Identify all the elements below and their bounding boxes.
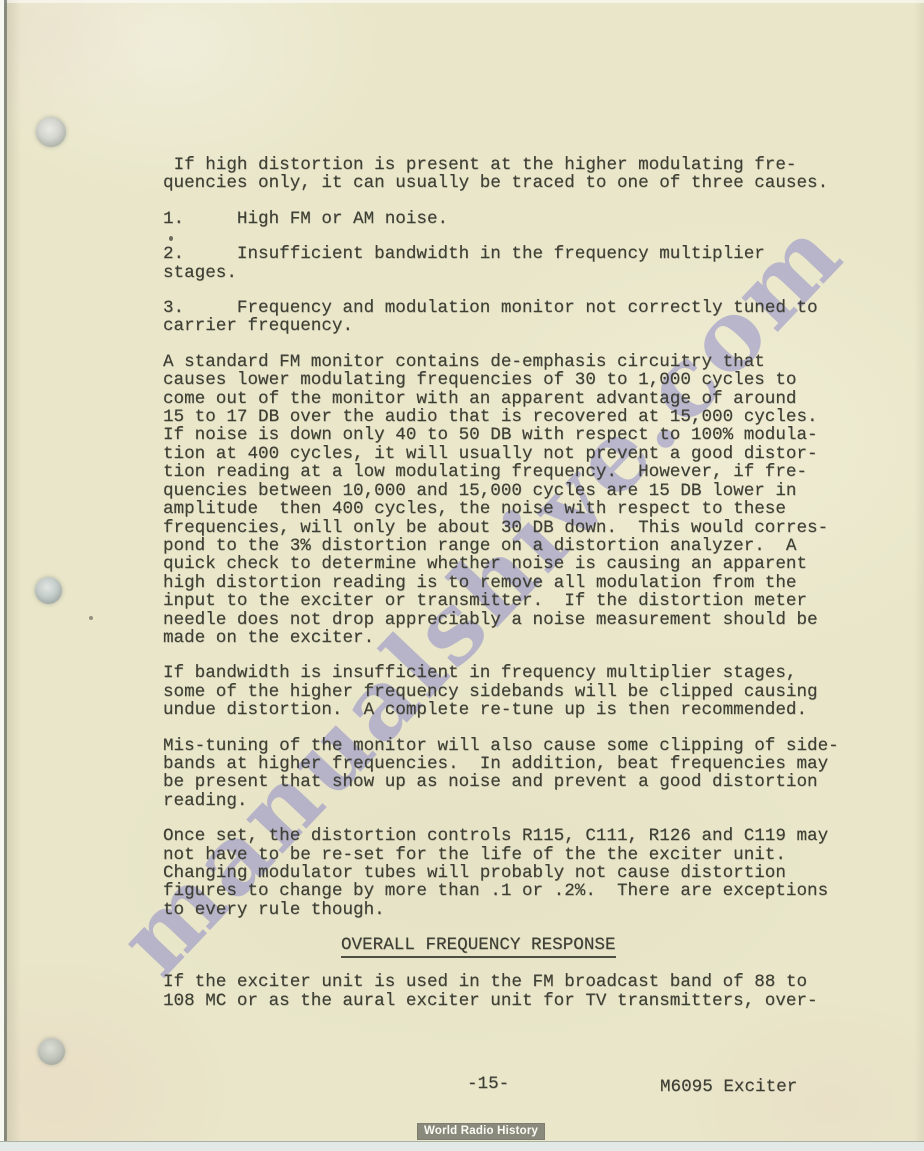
left-edge-shadow (7, 0, 21, 1151)
paragraph-mistuning: Mis-tuning of the monitor will also caus… (163, 737, 869, 811)
section-heading-row: OVERALL FREQUENCY RESPONSE (163, 936, 869, 956)
scanned-manual-page: manualshive.com If high distortion is pr… (0, 0, 924, 1151)
ink-speck (89, 616, 93, 620)
paragraph-fm-monitor: A standard FM monitor contains de-emphas… (163, 353, 869, 648)
top-edge-highlight (0, 0, 924, 3)
list-item-3: 3. Frequency and modulation monitor not … (163, 299, 869, 336)
document-reference: M6095 Exciter (660, 1077, 797, 1097)
list-item-2: 2. Insufficient bandwidth in the frequen… (163, 245, 869, 282)
punch-hole-bottom (38, 1038, 65, 1065)
section-heading: OVERALL FREQUENCY RESPONSE (341, 936, 616, 957)
world-radio-history-badge: World Radio History (417, 1123, 545, 1140)
right-edge-shadow (914, 0, 924, 1151)
document-body: If high distortion is present at the hig… (163, 156, 869, 1027)
list-item-1: 1. High FM or AM noise. (163, 210, 869, 228)
left-scan-edge-line (4, 0, 7, 1151)
paragraph-controls: Once set, the distortion controls R115, … (163, 827, 869, 919)
page-number: -15- (467, 1074, 509, 1094)
paragraph-intro: If high distortion is present at the hig… (163, 156, 869, 193)
punch-hole-middle (35, 577, 62, 604)
paragraph-bandwidth: If bandwidth is insufficient in frequenc… (163, 664, 869, 719)
scan-bottom-edge (0, 1141, 924, 1151)
punch-hole-top (36, 117, 66, 147)
paragraph-freq-response: If the exciter unit is used in the FM br… (163, 973, 869, 1010)
